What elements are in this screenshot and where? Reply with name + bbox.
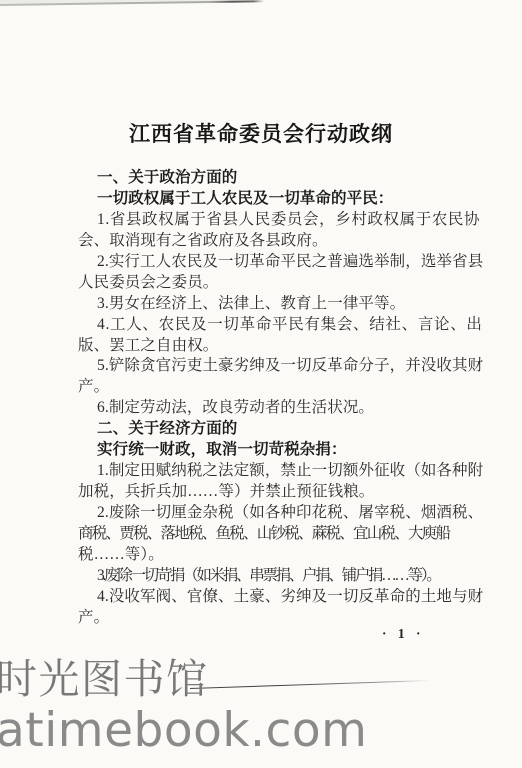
scanned-book-page: { "page": { "title": "江西省革命委员会行动政纲", "pa… [0, 0, 522, 768]
text-line: 5.铲除贪官污吏土豪劣绅及一切反革命分子，并没收其财 [78, 356, 466, 377]
document-body: 一、关于政治方面的一切政权属于工人农民及一切革命的平民：1.省县政权属于省县人民… [78, 168, 466, 629]
document-title: 江西省革命委员会行动政纲 [0, 119, 522, 149]
text-line: 商税、贾税、落地税、鱼税、山钞税、蔴税、宜山税、大庾船 [78, 524, 466, 545]
text-line: 4.没收军阀、官僚、土豪、劣绅及一切反革命的土地与财 [78, 587, 466, 608]
watermark-site-url: atimebook.com [0, 703, 367, 759]
text-line: 加税，兵折兵加……等）并禁止预征钱粮。 [78, 482, 466, 503]
text-line: 一切政权属于工人农民及一切革命的平民： [78, 189, 466, 210]
watermark-site-name: 时光图书馆 [0, 655, 367, 703]
text-line: 会、取消现有之省政府及各县政府。 [78, 231, 466, 252]
text-line: 一、关于政治方面的 [78, 168, 466, 189]
page-paper: 江西省革命委员会行动政纲 一、关于政治方面的一切政权属于工人农民及一切革命的平民… [0, 0, 522, 768]
text-line: 1.制定田赋纳税之法定额，禁止一切额外征收（如各种附 [78, 461, 466, 482]
text-line: 2.实行工人农民及一切革命平民之普遍选举制，选举省县 [78, 252, 466, 273]
text-line: 3.废除一切苛捐（如米捐、串票捐、户捐、铺户捐……等）。 [78, 566, 466, 587]
text-line: 版、罢工之自由权。 [78, 336, 466, 357]
text-line: 税……等）。 [78, 545, 466, 566]
text-line: 2.废除一切厘金杂税（如各种印花税、屠宰税、烟酒税、 [78, 503, 466, 524]
text-line: 实行统一财政，取消一切苛税杂捐： [78, 440, 466, 461]
text-line: 3.男女在经济上、法律上、教育上一律平等。 [78, 294, 466, 315]
page-number: · 1 · [382, 626, 425, 642]
text-line: 6.制定劳动法，改良劳动者的生活状况。 [78, 398, 466, 419]
text-line: 4.工人、农民及一切革命平民有集会、结社、言论、出 [78, 315, 466, 336]
text-line: 产。 [78, 377, 466, 398]
text-line: 二、关于经济方面的 [78, 419, 466, 440]
text-line: 人民委员会之委员。 [78, 273, 466, 294]
watermark: 时光图书馆 atimebook.com [0, 655, 367, 759]
text-line: 1.省县政权属于省县人民委员会，乡村政权属于农民协 [78, 210, 466, 231]
